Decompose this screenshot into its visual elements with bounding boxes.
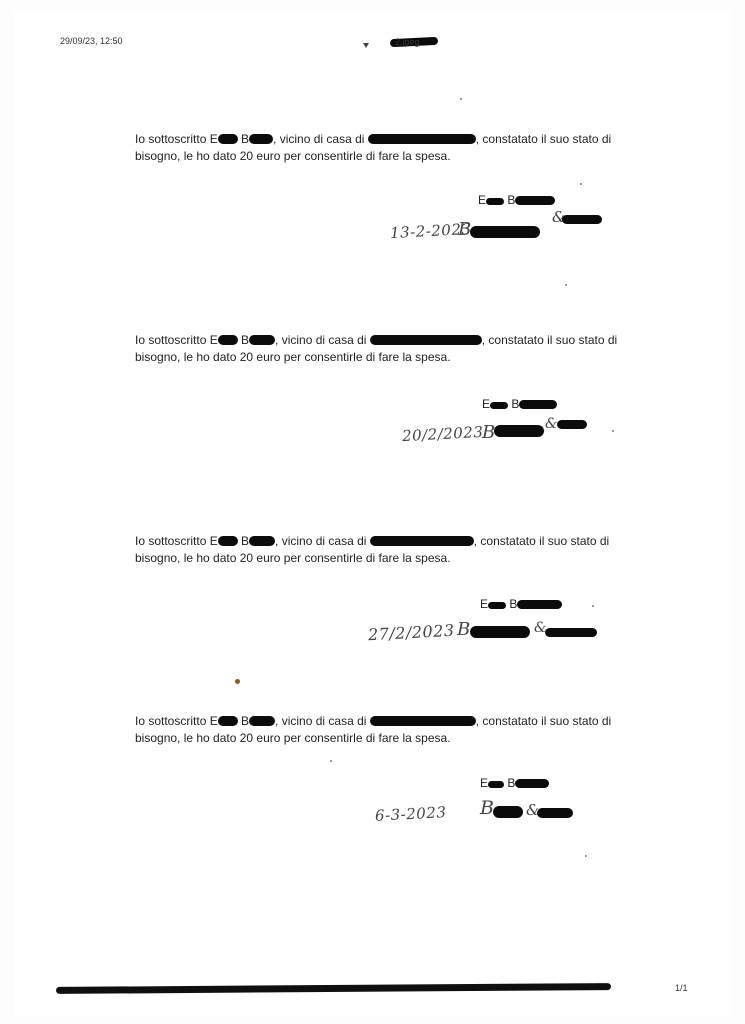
text-fragment: Io sottoscritto E xyxy=(135,132,218,146)
signature-initial: & xyxy=(545,416,557,432)
text-fragment: B xyxy=(238,132,249,146)
text-fragment: , vicino di casa di xyxy=(273,132,368,146)
redaction-bar xyxy=(249,335,275,345)
scan-speck xyxy=(592,605,594,607)
receipt-text-line-2: bisogno, le ho dato 20 euro per consenti… xyxy=(135,148,635,165)
text-fragment: B xyxy=(238,714,249,728)
handwritten-date: 6-3-2023 xyxy=(375,803,447,825)
signature-initial: B xyxy=(480,797,494,819)
redaction-bar xyxy=(218,716,238,726)
text-fragment: , constatato il suo stato di xyxy=(482,333,617,347)
redaction-bar xyxy=(470,626,530,638)
page-indicator: 1/1 xyxy=(675,983,688,993)
redaction-bar xyxy=(249,134,273,144)
text-fragment: , vicino di casa di xyxy=(275,333,370,347)
receipt-text-line-2: bisogno, le ho dato 20 euro per consenti… xyxy=(135,550,635,567)
text-fragment: , constatato il suo stato di xyxy=(476,132,611,146)
redaction-bar xyxy=(562,215,602,224)
redaction-bar xyxy=(494,425,544,437)
receipt-text-line-1: Io sottoscritto E B, vicino di casa di ,… xyxy=(135,713,635,730)
text-fragment: Io sottoscritto E xyxy=(135,534,218,548)
scan-speck xyxy=(565,284,567,286)
print-datetime: 29/09/23, 12:50 xyxy=(60,36,123,46)
text-fragment: B xyxy=(238,333,249,347)
redaction-bar xyxy=(486,198,504,205)
redaction-bar xyxy=(488,781,504,788)
text-fragment: , constatato il suo stato di xyxy=(474,534,609,548)
redaction-bar xyxy=(370,536,474,546)
text-fragment: , vicino di casa di xyxy=(275,534,370,548)
scan-speck xyxy=(330,760,332,762)
receipt-text-line-2: bisogno, le ho dato 20 euro per consenti… xyxy=(135,730,635,747)
scan-speck xyxy=(612,430,614,432)
scan-speck xyxy=(580,183,582,185)
receipt-text-line-1: Io sottoscritto E B, vicino di casa di ,… xyxy=(135,332,635,349)
signature-name: E B xyxy=(482,397,557,411)
print-filename: 2.jpeg xyxy=(395,37,420,47)
receipt-text-line-2: bisogno, le ho dato 20 euro per consenti… xyxy=(135,349,635,366)
text-fragment: , vicino di casa di xyxy=(275,714,370,728)
redaction-bar xyxy=(515,779,549,788)
text-fragment: Io sottoscritto E xyxy=(135,714,218,728)
redaction-bar xyxy=(218,134,238,144)
signature-name: E B xyxy=(480,776,549,790)
redaction-bar xyxy=(249,716,275,726)
redaction-bar xyxy=(218,335,238,345)
redaction-bar xyxy=(517,600,562,609)
signature-name: E B xyxy=(478,193,555,207)
redaction-bar xyxy=(545,628,597,637)
redaction-bar xyxy=(493,806,523,818)
text-fragment: Io sottoscritto E xyxy=(135,333,218,347)
cursor-mark-icon xyxy=(363,43,369,48)
redaction-bar xyxy=(249,536,275,546)
redaction-bar xyxy=(557,420,587,429)
receipt-entry: Io sottoscritto E B, vicino di casa di ,… xyxy=(135,332,635,366)
redaction-bar xyxy=(515,196,555,205)
redaction-bar xyxy=(218,536,238,546)
signature-name: E B xyxy=(480,597,562,611)
redaction-bar xyxy=(490,402,508,409)
redaction-bar xyxy=(470,226,540,238)
redaction-bar xyxy=(488,602,506,609)
redaction-bar xyxy=(370,335,482,345)
redaction-bar xyxy=(368,134,476,144)
receipt-entry: Io sottoscritto E B, vicino di casa di ,… xyxy=(135,713,635,747)
text-fragment: , constatato il suo stato di xyxy=(476,714,611,728)
redaction-bar xyxy=(537,808,573,818)
receipt-entry: Io sottoscritto E B, vicino di casa di ,… xyxy=(135,533,635,567)
scan-stain xyxy=(235,679,240,684)
signature-initial: B xyxy=(457,619,470,640)
redaction-bar xyxy=(519,400,557,409)
receipt-entry: Io sottoscritto E B, vicino di casa di ,… xyxy=(135,131,635,165)
text-fragment: B xyxy=(238,534,249,548)
receipt-text-line-1: Io sottoscritto E B, vicino di casa di ,… xyxy=(135,131,635,148)
scan-speck xyxy=(460,98,462,100)
receipt-text-line-1: Io sottoscritto E B, vicino di casa di ,… xyxy=(135,533,635,550)
scan-speck xyxy=(585,855,587,857)
redaction-bar xyxy=(370,716,476,726)
